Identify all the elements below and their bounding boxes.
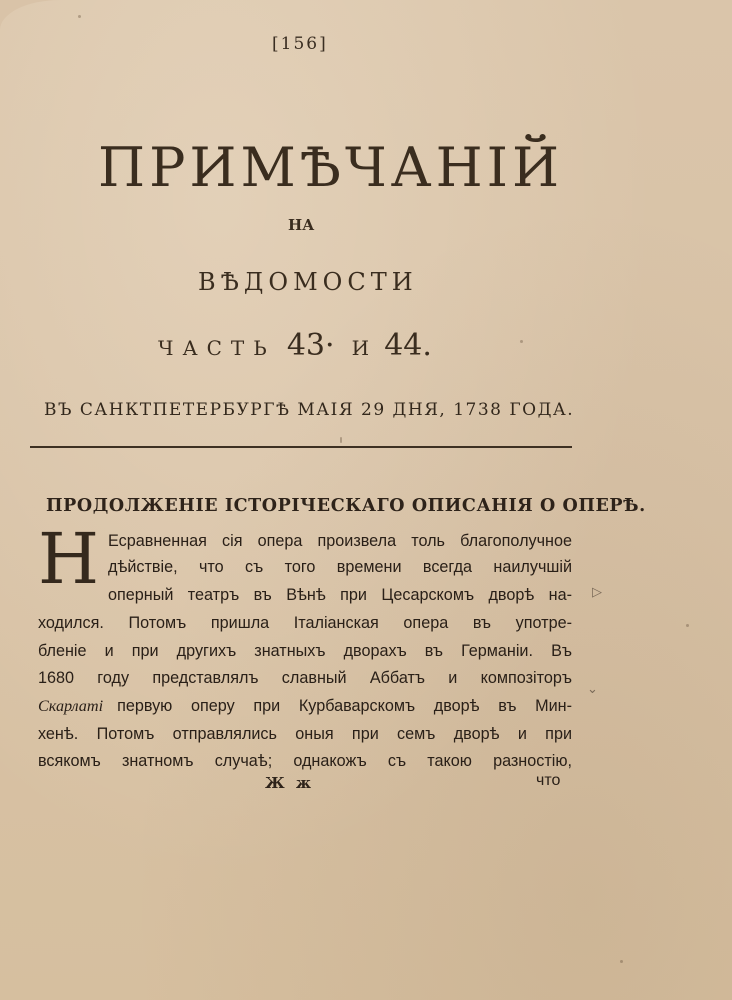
body-line: Есравненная сія опера произвела толь бла… (108, 530, 572, 552)
body-line-rest: первую оперу при Курбаварскомъ дворѣ въ … (117, 695, 572, 717)
paper-speck (686, 624, 689, 627)
paper-speck (78, 15, 81, 18)
part-number-second: 44. (384, 328, 432, 363)
issue-parts: ЧАСТЬ 43· И 44. (158, 328, 432, 363)
imprint-line: ВЪ САНКТПЕТЕРБУРГѢ МАІЯ 29 ДНЯ, 1738 ГОД… (44, 400, 574, 420)
signature-mark: Ж ж (265, 774, 314, 792)
publication-name: ВѢДОМОСТИ (198, 268, 418, 296)
paper-speck (520, 340, 523, 343)
body-line: бленіе и при другихъ знатныхъ дворахъ въ… (38, 640, 572, 662)
section-heading: ПРОДОЛЖЕНІЕ ІСТОРІЧЕСКАГО ОПИСАНІЯ О ОПЕ… (46, 496, 646, 516)
body-line: 1680 году представлялъ славный Аббатъ и … (38, 667, 572, 689)
body-line-with-name: Скарлаті первую оперу при Курбаварскомъ … (38, 695, 572, 717)
imprint-year: 1738 (453, 400, 502, 420)
imprint-place: ВЪ САНКТПЕТЕРБУРГѢ (44, 400, 290, 420)
body-line: всякомъ знатномъ случаѣ; однакожъ съ так… (38, 750, 572, 772)
part-conjunction: И (352, 336, 369, 360)
page-title: ПРИМѢЧАНІЙ (98, 136, 528, 199)
imprint-year-word: ГОДА. (509, 400, 574, 420)
paper-speck (620, 960, 623, 963)
horizontal-rule (30, 446, 572, 448)
part-label: ЧАСТЬ (158, 336, 276, 360)
imprint-day-word: ДНЯ, (393, 400, 447, 420)
page-number: [156] (272, 34, 328, 54)
imprint-day: 29 (361, 400, 386, 420)
body-line: хенѣ. Потомъ отправлялись оныя при семъ … (38, 723, 572, 745)
margin-triangle-icon: ▷ (592, 585, 602, 600)
body-line: дѣйствіе, что съ того времени всегда наи… (108, 556, 572, 578)
body-line: оперный театръ въ Вѣнѣ при Цесарскомъ дв… (108, 584, 572, 606)
part-number-first: 43· (287, 328, 335, 363)
body-line: ходился. Потомъ пришла Італіанская опера… (38, 612, 572, 634)
paper-speck (340, 437, 342, 443)
page-corner-background (0, 0, 40, 20)
drop-cap: Н (38, 524, 99, 594)
italic-name: Скарлаті (38, 695, 103, 717)
subtitle-preposition: НА (288, 216, 314, 234)
document-page: [156] ПРИМѢЧАНІЙ НА ВѢДОМОСТИ ЧАСТЬ 43· … (0, 0, 732, 1000)
catchword: что (536, 772, 560, 790)
margin-chevron-icon: ⌄ (587, 682, 598, 697)
imprint-month: МАІЯ (297, 400, 354, 420)
